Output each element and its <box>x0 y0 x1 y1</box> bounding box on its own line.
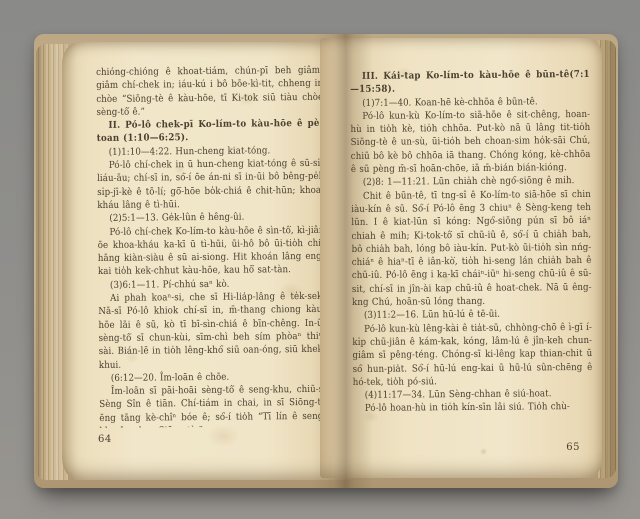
paragraph-body: Pó-lô kun-kù lêng-kài ê tia̍t-sū, chhòng… <box>352 321 592 390</box>
paragraph-body: Pó-lô hoan-hù in tio̍h kín-sīn lâi siú. … <box>353 400 593 415</box>
paragraph-continuation: chióng-chióng ê khoat-tiám, chún-pī beh … <box>96 64 323 119</box>
page-number-left: 64 <box>98 434 112 445</box>
page-left-text: chióng-chióng ê khoat-tiám, chún-pī beh … <box>96 64 326 428</box>
paragraph-body: Pó-lô chí-chek Ko-lím-to kàu-hōe ê sìn-t… <box>98 223 325 278</box>
paragraph-heading: II. Pó-lô chek-pī Ko-lím-to kàu-hōe ê pè… <box>97 117 324 146</box>
paragraph-body: Chit ê būn-tê, tī tng-sî ê Ko-lím-to siā… <box>351 188 592 310</box>
photo-background: chióng-chióng ê khoat-tiám, chún-pī beh … <box>0 0 640 519</box>
paragraph-body: Pó-lô chí-chek in ū hun-cheng kiat-tóng … <box>97 157 324 212</box>
book-page-right: III. Kái-tap Ko-lím-to kàu-hōe ê būn-tê(… <box>320 38 602 478</box>
book-page-left: chióng-chióng ê khoat-tiám, chún-pī beh … <box>62 42 356 480</box>
open-book: chióng-chióng ê khoat-tiám, chún-pī beh … <box>34 34 618 488</box>
paragraph-heading: III. Kái-tap Ko-lím-to kàu-hōe ê būn-tê(… <box>350 68 590 97</box>
paragraph-body: Îm-loān sī pāi-hoāi sèng-tô͘ ê seng-khu,… <box>99 383 326 428</box>
paragraph-body: Ai phah koaⁿ-si, che sī Hi-lia̍p-lâng ê … <box>98 290 326 372</box>
page-right-text: III. Kái-tap Ko-lím-to kàu-hōe ê būn-tê(… <box>350 68 593 416</box>
page-number-right: 65 <box>566 442 580 453</box>
paragraph-body: Pó-lô kun-kù Ko-lím-to siā-hōe ê sit-chê… <box>350 108 590 177</box>
